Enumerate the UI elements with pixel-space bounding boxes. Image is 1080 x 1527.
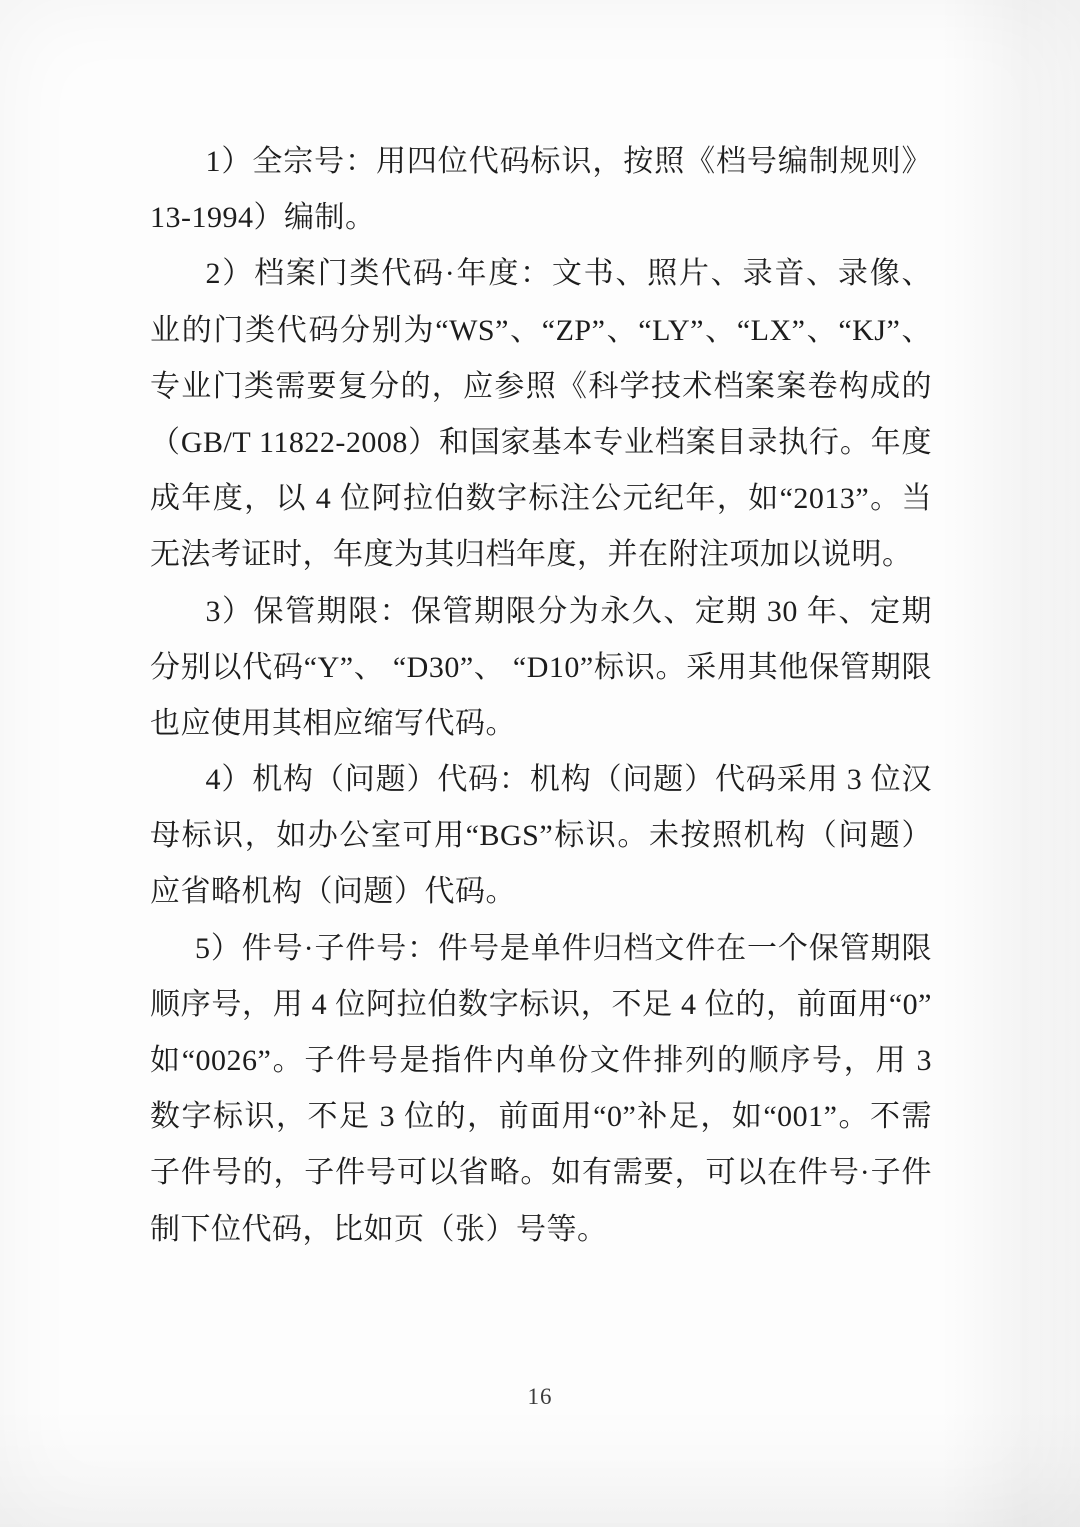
scan-artifact-right xyxy=(940,0,1080,1527)
text-line: 应省略机构（问题）代码。 xyxy=(150,864,932,920)
text-line: 制下位代码，比如页（张）号等。 xyxy=(150,1202,932,1258)
paragraph: 1）全宗号：用四位代码标识，按照《档号编制规则》（DA/T13-1994）编制。 xyxy=(150,134,932,246)
text-line: 顺序号，用 4 位阿拉伯数字标识，不足 4 位的，前面用“0”补足， xyxy=(150,977,932,1033)
text-line: 也应使用其相应缩写代码。 xyxy=(150,696,932,752)
paragraph: 2）档案门类代码·年度：文书、照片、录音、录像、科技、专业的门类代码分别为“WS… xyxy=(150,246,932,583)
text-line: 成年度，以 4 位阿拉伯数字标注公元纪年，如“2013”。当形成年度 xyxy=(150,471,932,527)
text-line: （GB/T 11822-2008）和国家基本专业档案目录执行。年度为文件形 xyxy=(150,415,932,471)
scan-artifact-bottom xyxy=(0,1407,1080,1527)
page-number: 16 xyxy=(0,1384,1080,1410)
text-line: 4）机构（问题）代码：机构（问题）代码采用 3 位汉语拼音字 xyxy=(150,752,932,808)
text-line: 无法考证时，年度为其归档年度，并在附注项加以说明。 xyxy=(150,527,932,583)
document-page: 1）全宗号：用四位代码标识，按照《档号编制规则》（DA/T13-1994）编制。… xyxy=(0,0,1080,1527)
text-line: 数字标识，不足 3 位的，前面用“0”补足，如“001”。不需要编制 xyxy=(150,1089,932,1145)
text-line: 子件号的，子件号可以省略。如有需要，可以在件号·子件号之后编 xyxy=(150,1145,932,1201)
text-line: 13-1994）编制。 xyxy=(150,190,932,246)
text-line: 5）件号·子件号：件号是单件归档文件在一个保管期限下排列的 xyxy=(150,921,932,977)
paragraph: 4）机构（问题）代码：机构（问题）代码采用 3 位汉语拼音字母标识，如办公室可用… xyxy=(150,752,932,921)
text-line: 2）档案门类代码·年度：文书、照片、录音、录像、科技、专 xyxy=(150,246,932,302)
text-line: 3）保管期限：保管期限分为永久、定期 30 年、定期 10 年的， xyxy=(150,584,932,640)
text-line: 专业门类需要复分的，应参照《科学技术档案案卷构成的一般要求》 xyxy=(150,359,932,415)
paragraph: 5）件号·子件号：件号是单件归档文件在一个保管期限下排列的顺序号，用 4 位阿拉… xyxy=(150,921,932,1258)
text-line: 分别以代码“Y”、 “D30”、 “D10”标识。采用其他保管期限的， xyxy=(150,640,932,696)
text-line: 1）全宗号：用四位代码标识，按照《档号编制规则》（DA/T xyxy=(150,134,932,190)
page-text: 1）全宗号：用四位代码标识，按照《档号编制规则》（DA/T13-1994）编制。… xyxy=(150,134,932,1258)
text-line: 业的门类代码分别为“WS”、“ZP”、“LY”、“LX”、“KJ”、“ZY”，科… xyxy=(150,303,932,359)
text-line: 母标识，如办公室可用“BGS”标识。未按照机构（问题）分类的， xyxy=(150,808,932,864)
text-line: 如“0026”。子件号是指件内单份文件排列的顺序号，用 3 位阿拉伯 xyxy=(150,1033,932,1089)
paragraph: 3）保管期限：保管期限分为永久、定期 30 年、定期 10 年的，分别以代码“Y… xyxy=(150,584,932,753)
